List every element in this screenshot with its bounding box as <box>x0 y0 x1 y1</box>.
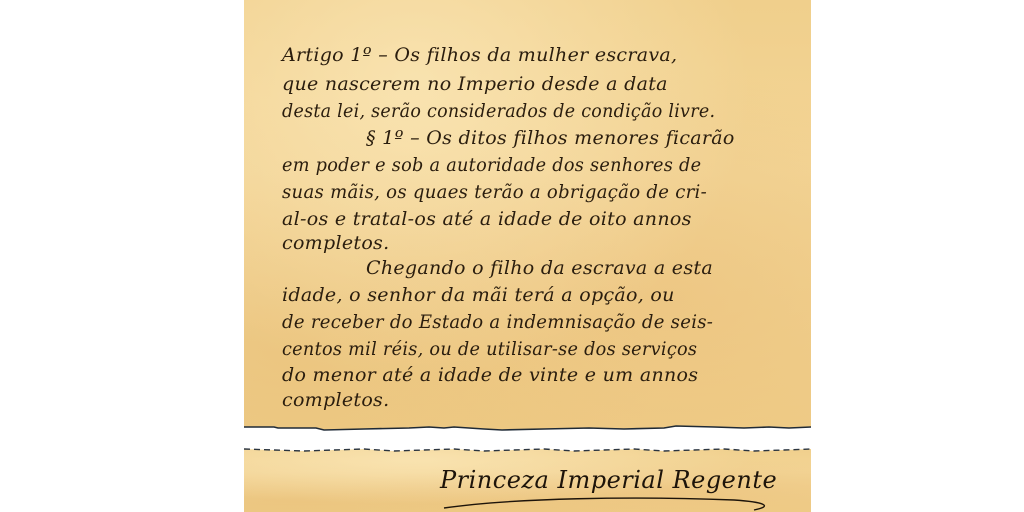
text-line: suas mãis, os quaes terão a obrigação de… <box>282 181 707 203</box>
text-line: que nascerem no Imperio desde a data <box>282 73 668 95</box>
text-line: de receber do Estado a indemnisação de s… <box>282 311 713 333</box>
text-line: idade, o senhor da mãi terá a opção, ou <box>282 284 675 306</box>
text-line: centos mil réis, ou de utilisar-se dos s… <box>282 338 697 360</box>
text-line: desta lei, serão considerados de condiçã… <box>282 100 715 122</box>
manuscript-page-top-fragment: Artigo 1º – Os filhos da mulher escrava,… <box>244 0 811 431</box>
text-line-paragraph-2: Chegando o filho da escrava a esta <box>366 257 713 279</box>
torn-edge-bottom <box>244 446 811 454</box>
text-line: em poder e sob a autoridade dos senhores… <box>282 154 701 176</box>
manuscript-page-bottom-fragment: Princeza Imperial Regente <box>244 446 811 512</box>
signature-flourish <box>434 486 794 512</box>
text-line: do menor até a idade de vinte e um annos <box>282 364 698 386</box>
text-line: completos. <box>282 232 389 254</box>
text-line: completos. <box>282 389 389 411</box>
text-line: al-os e tratal-os até a idade de oito an… <box>282 208 692 230</box>
text-line-article-heading: Artigo 1º – Os filhos da mulher escrava, <box>282 44 782 66</box>
torn-edge-top <box>244 423 811 431</box>
document-image: Artigo 1º – Os filhos da mulher escrava,… <box>0 0 1024 512</box>
text-line-paragraph-1: § 1º – Os ditos filhos menores ficarão <box>366 127 735 149</box>
